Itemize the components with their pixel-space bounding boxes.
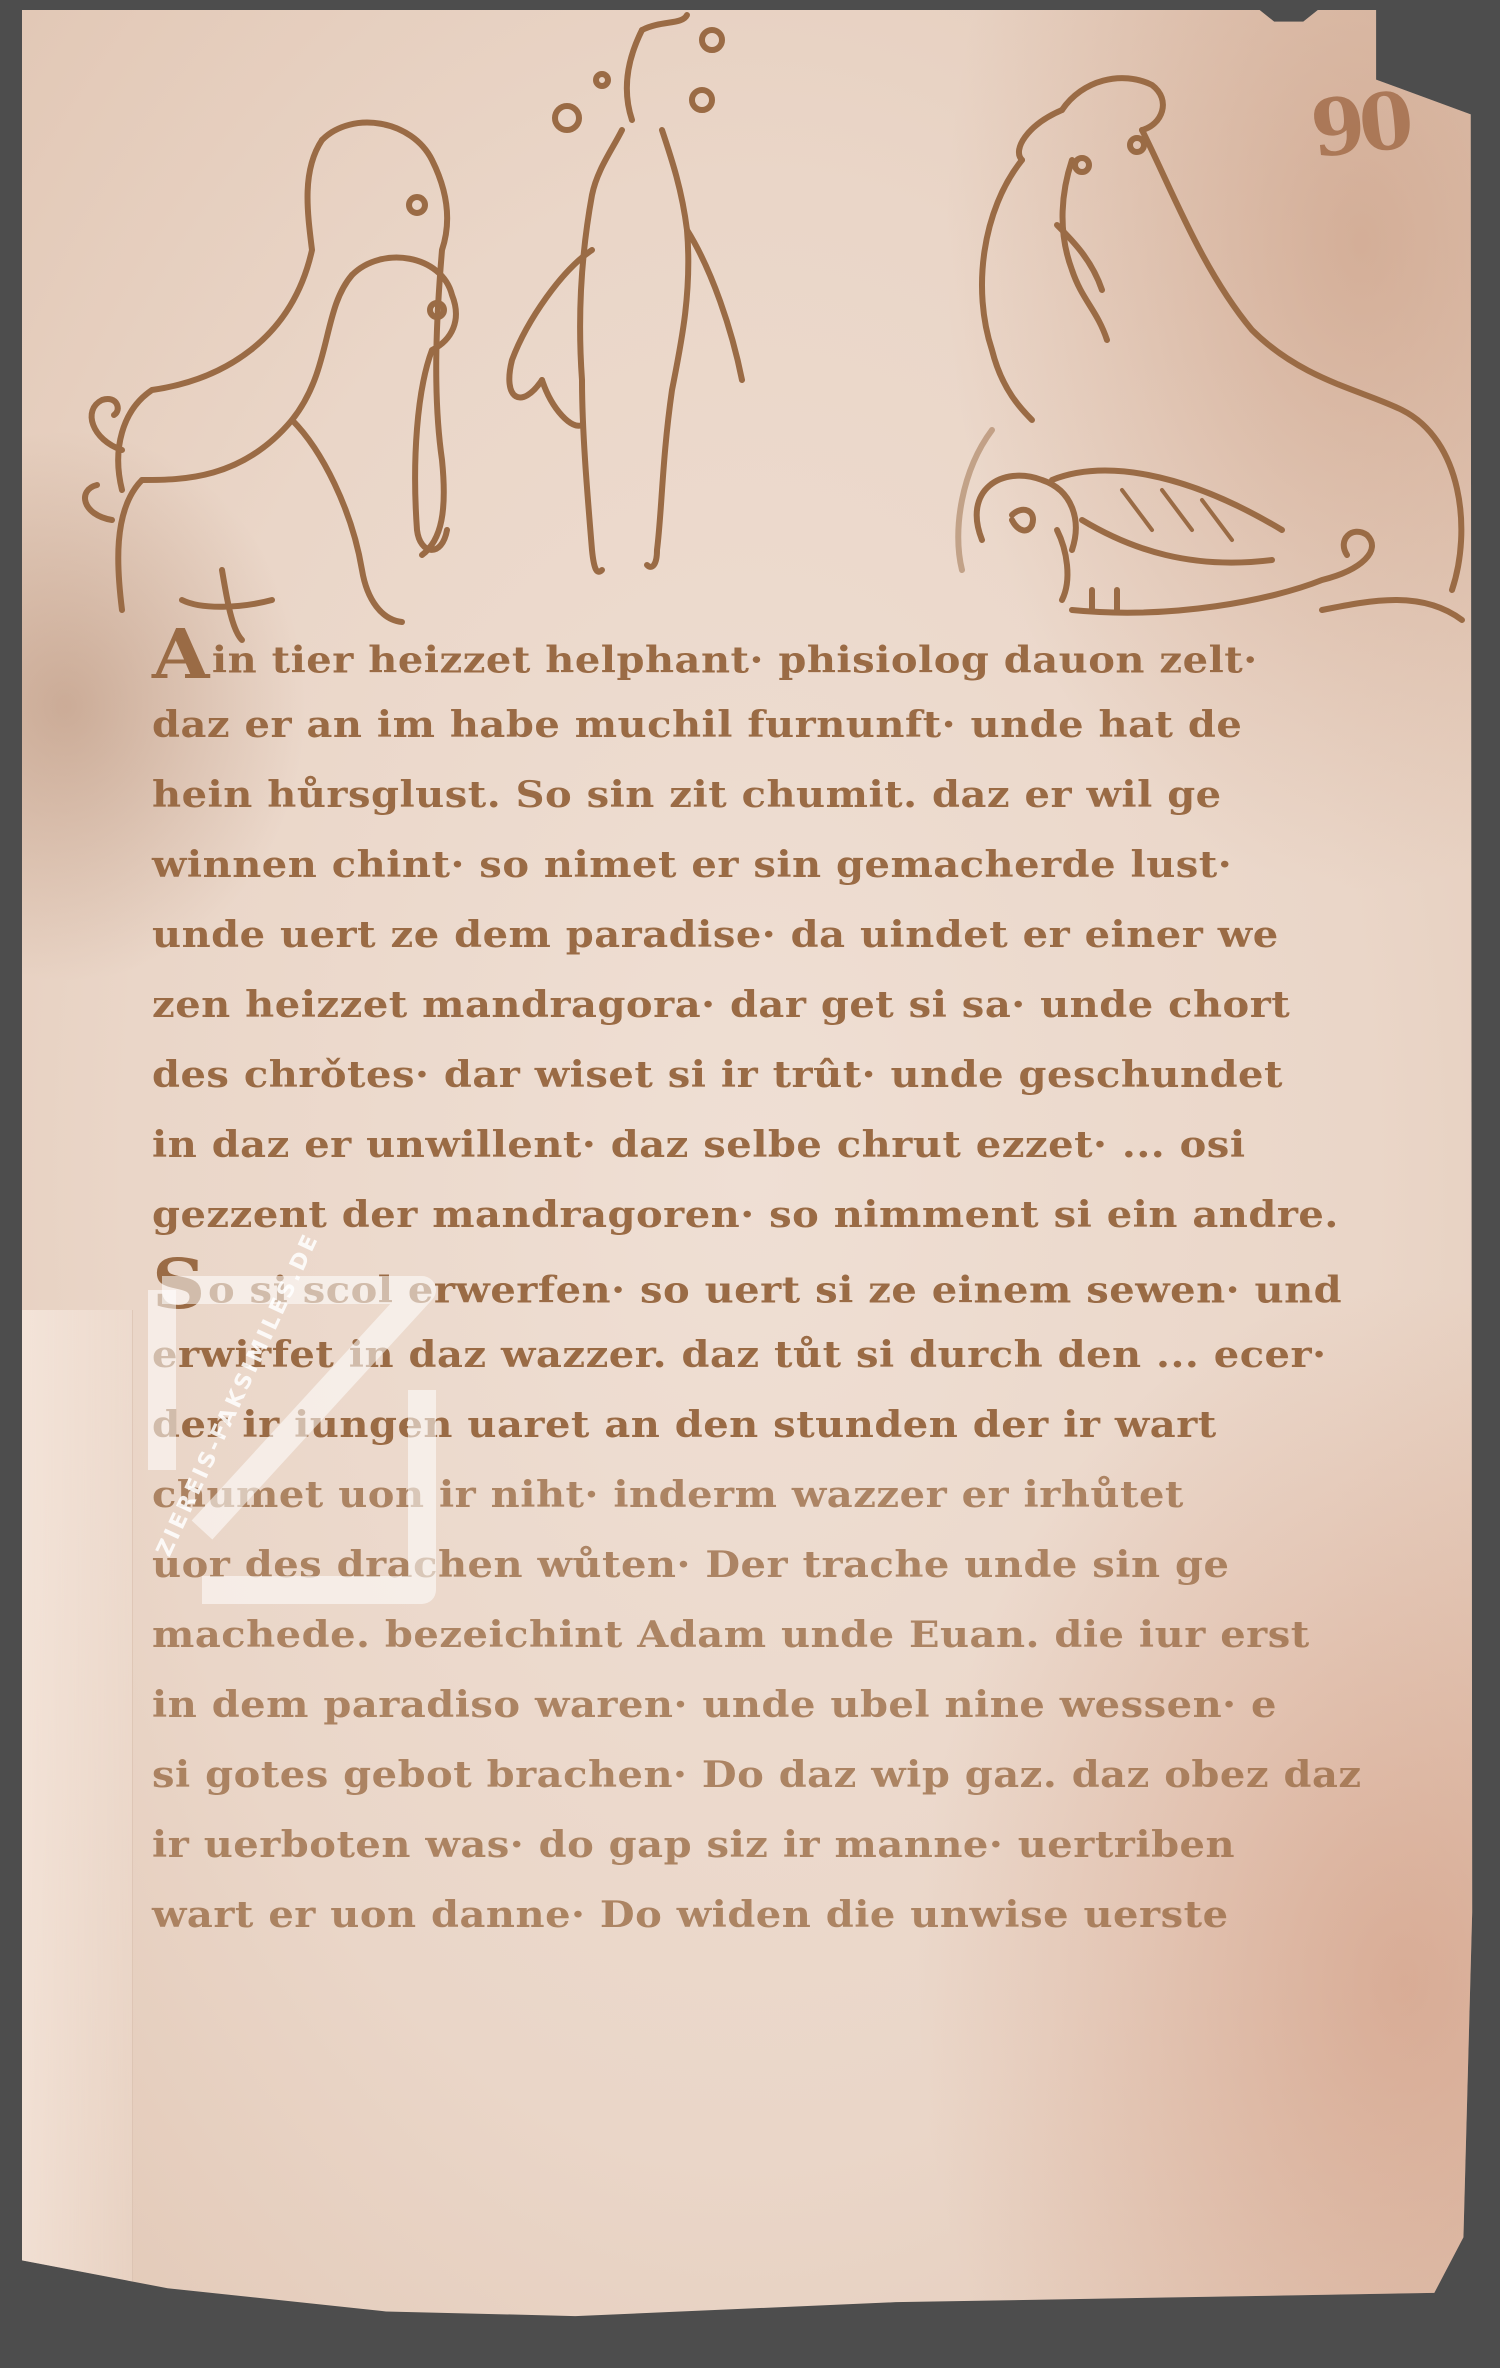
elephants-pair-icon bbox=[85, 123, 456, 640]
text-line-1: Ain tier heizzet helphant· phisiolog dau… bbox=[152, 623, 1402, 687]
text-line-13: chumet uon ir niht· inderm wazzer er irh… bbox=[152, 1463, 1402, 1527]
page-fold-edge bbox=[22, 1310, 133, 2310]
text-line-10: So si scol erwerfen· so uert si ze einem… bbox=[152, 1253, 1402, 1317]
decorated-initial-s: S bbox=[152, 1253, 206, 1317]
text-line-19: wart er uon danne· Do widen die unwise u… bbox=[152, 1883, 1402, 1947]
text-line-11: erwirfet in daz wazzer. daz tůt si durch… bbox=[152, 1323, 1402, 1387]
text-line-16: in dem paradiso waren· unde ubel nine we… bbox=[152, 1673, 1402, 1737]
text-line-5: unde uert ze dem paradise· da uindet er … bbox=[152, 903, 1402, 967]
text-line-9: gezzent der mandragoren· so nimment si e… bbox=[152, 1183, 1402, 1247]
text-line-17: si gotes gebot brachen· Do daz wip gaz. … bbox=[152, 1743, 1402, 1807]
text-line-8: in daz er unwillent· daz selbe chrut ezz… bbox=[152, 1113, 1402, 1177]
folio-number: 90 bbox=[1307, 75, 1413, 176]
text-line-2: daz er an im habe muchil furnunft· unde … bbox=[152, 693, 1402, 757]
text-line-4: winnen chint· so nimet er sin gemacherde… bbox=[152, 833, 1402, 897]
text-line-3: hein hůrsglust. So sin zit chumit. daz e… bbox=[152, 763, 1402, 827]
illustrations bbox=[22, 10, 1478, 650]
text-line-14: uor des drachen wůten· Der trache unde s… bbox=[152, 1533, 1402, 1597]
manuscript-page: 90 Ain tier heizzet helphant· phisiolog … bbox=[22, 10, 1478, 2330]
mandrake-figure-icon bbox=[509, 15, 742, 572]
text-line-15: machede. bezeichint Adam unde Euan. die … bbox=[152, 1603, 1402, 1667]
text-line-7: des chrǒtes· dar wiset si ir trût· unde … bbox=[152, 1043, 1402, 1107]
decorated-initial-a: A bbox=[152, 623, 210, 687]
text-line-6: zen heizzet mandragora· dar get si sa· u… bbox=[152, 973, 1402, 1037]
manuscript-text-block: Ain tier heizzet helphant· phisiolog dau… bbox=[152, 620, 1402, 1950]
text-line-18: ir uerboten was· do gap siz ir manne· ue… bbox=[152, 1813, 1402, 1877]
text-line-12: der ir iungen uaret an den stunden der i… bbox=[152, 1393, 1402, 1457]
bird-icon bbox=[977, 471, 1462, 620]
